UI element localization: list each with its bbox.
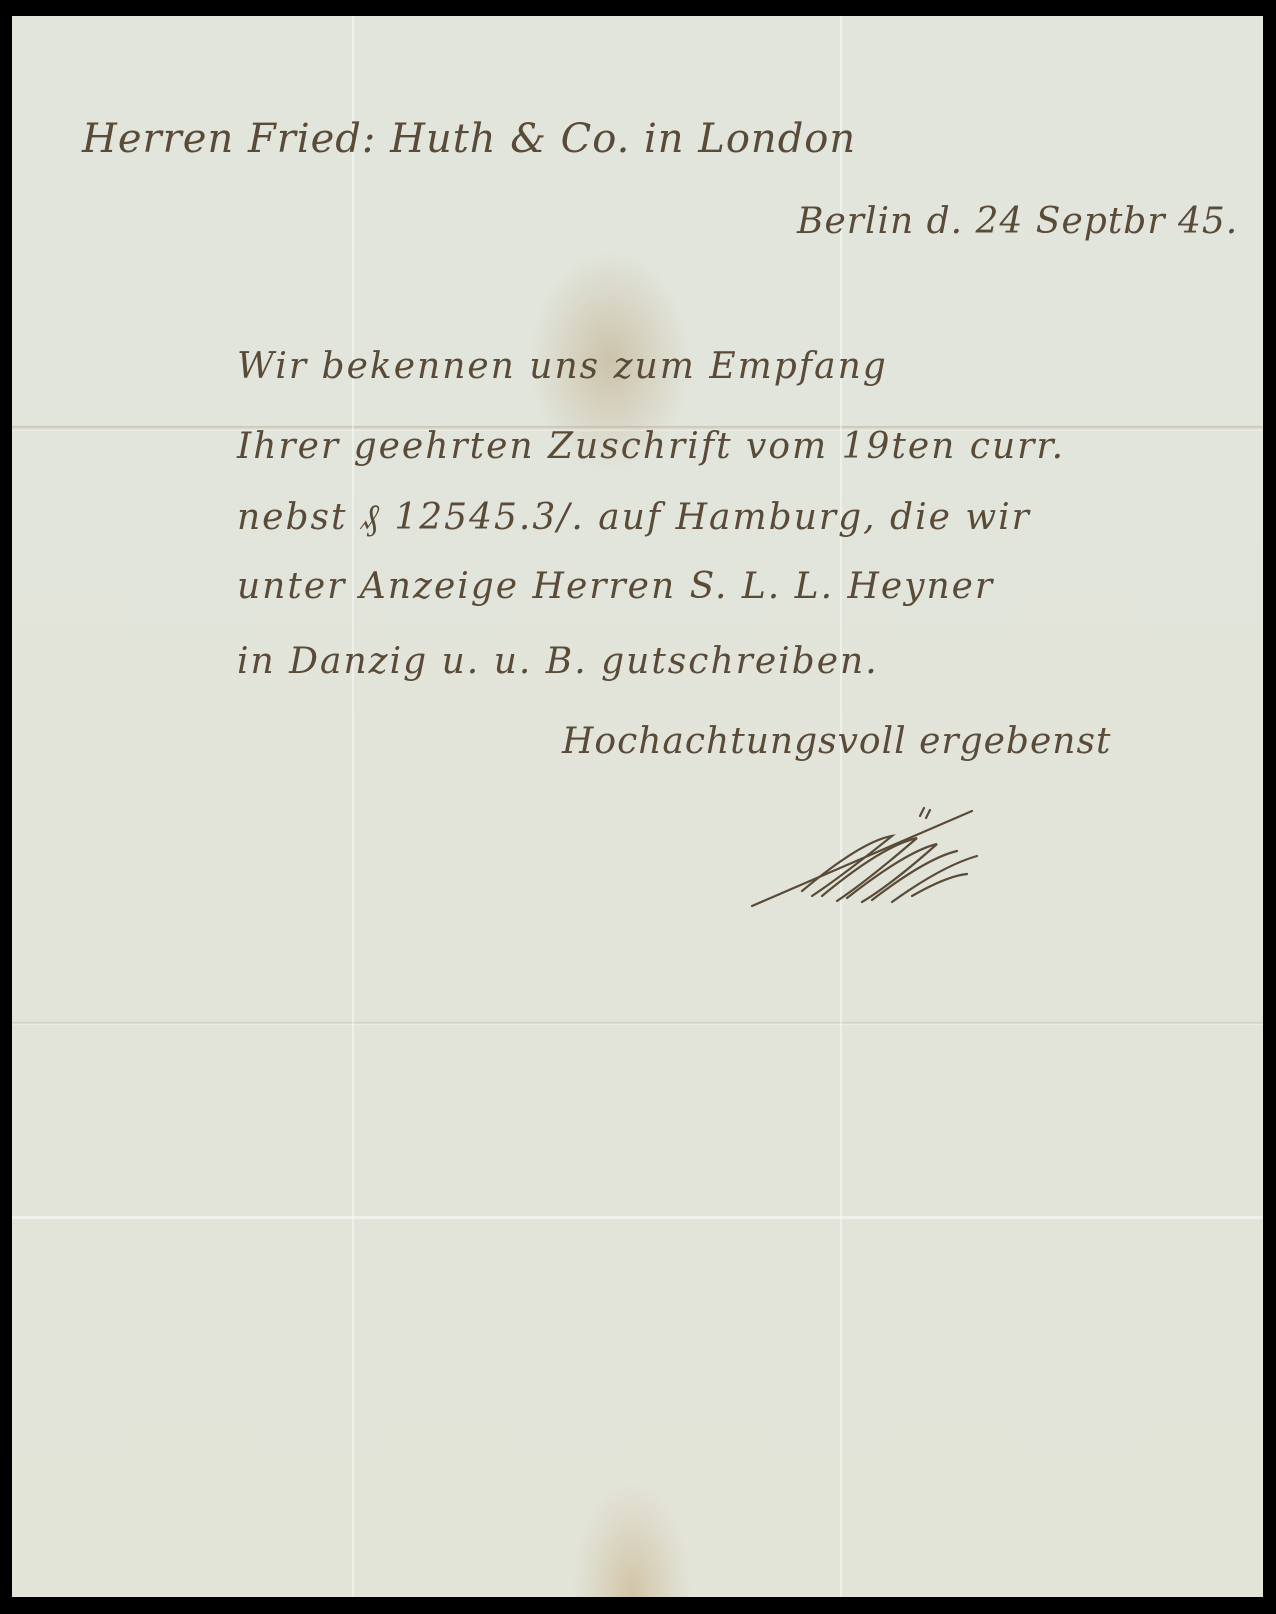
body-line: Ihrer geehrten Zuschrift vom 19ten curr.: [237, 426, 1065, 467]
horizontal-fold-lower: [12, 1216, 1263, 1219]
body-line: unter Anzeige Herren S. L. L. Heyner: [237, 566, 994, 607]
addressee-line: Herren Fried: Huth & Co. in London: [82, 116, 856, 162]
horizontal-fold-middle: [12, 1022, 1263, 1025]
vertical-fold-left: [352, 16, 354, 1597]
body-line: nebst ₰ 12545.3/. auf Hamburg, die wir: [237, 496, 1031, 538]
signature-flourish-icon: [742, 806, 982, 916]
body-line: in Danzig u. u. B. gutschreiben.: [237, 641, 879, 682]
closing-salutation: Hochachtungsvoll ergebenst: [562, 721, 1111, 762]
letter-paper: Herren Fried: Huth & Co. in London Berli…: [12, 16, 1263, 1597]
body-line: Wir bekennen uns zum Empfang: [237, 346, 888, 387]
place-date-line: Berlin d. 24 Septbr 45.: [797, 201, 1238, 242]
